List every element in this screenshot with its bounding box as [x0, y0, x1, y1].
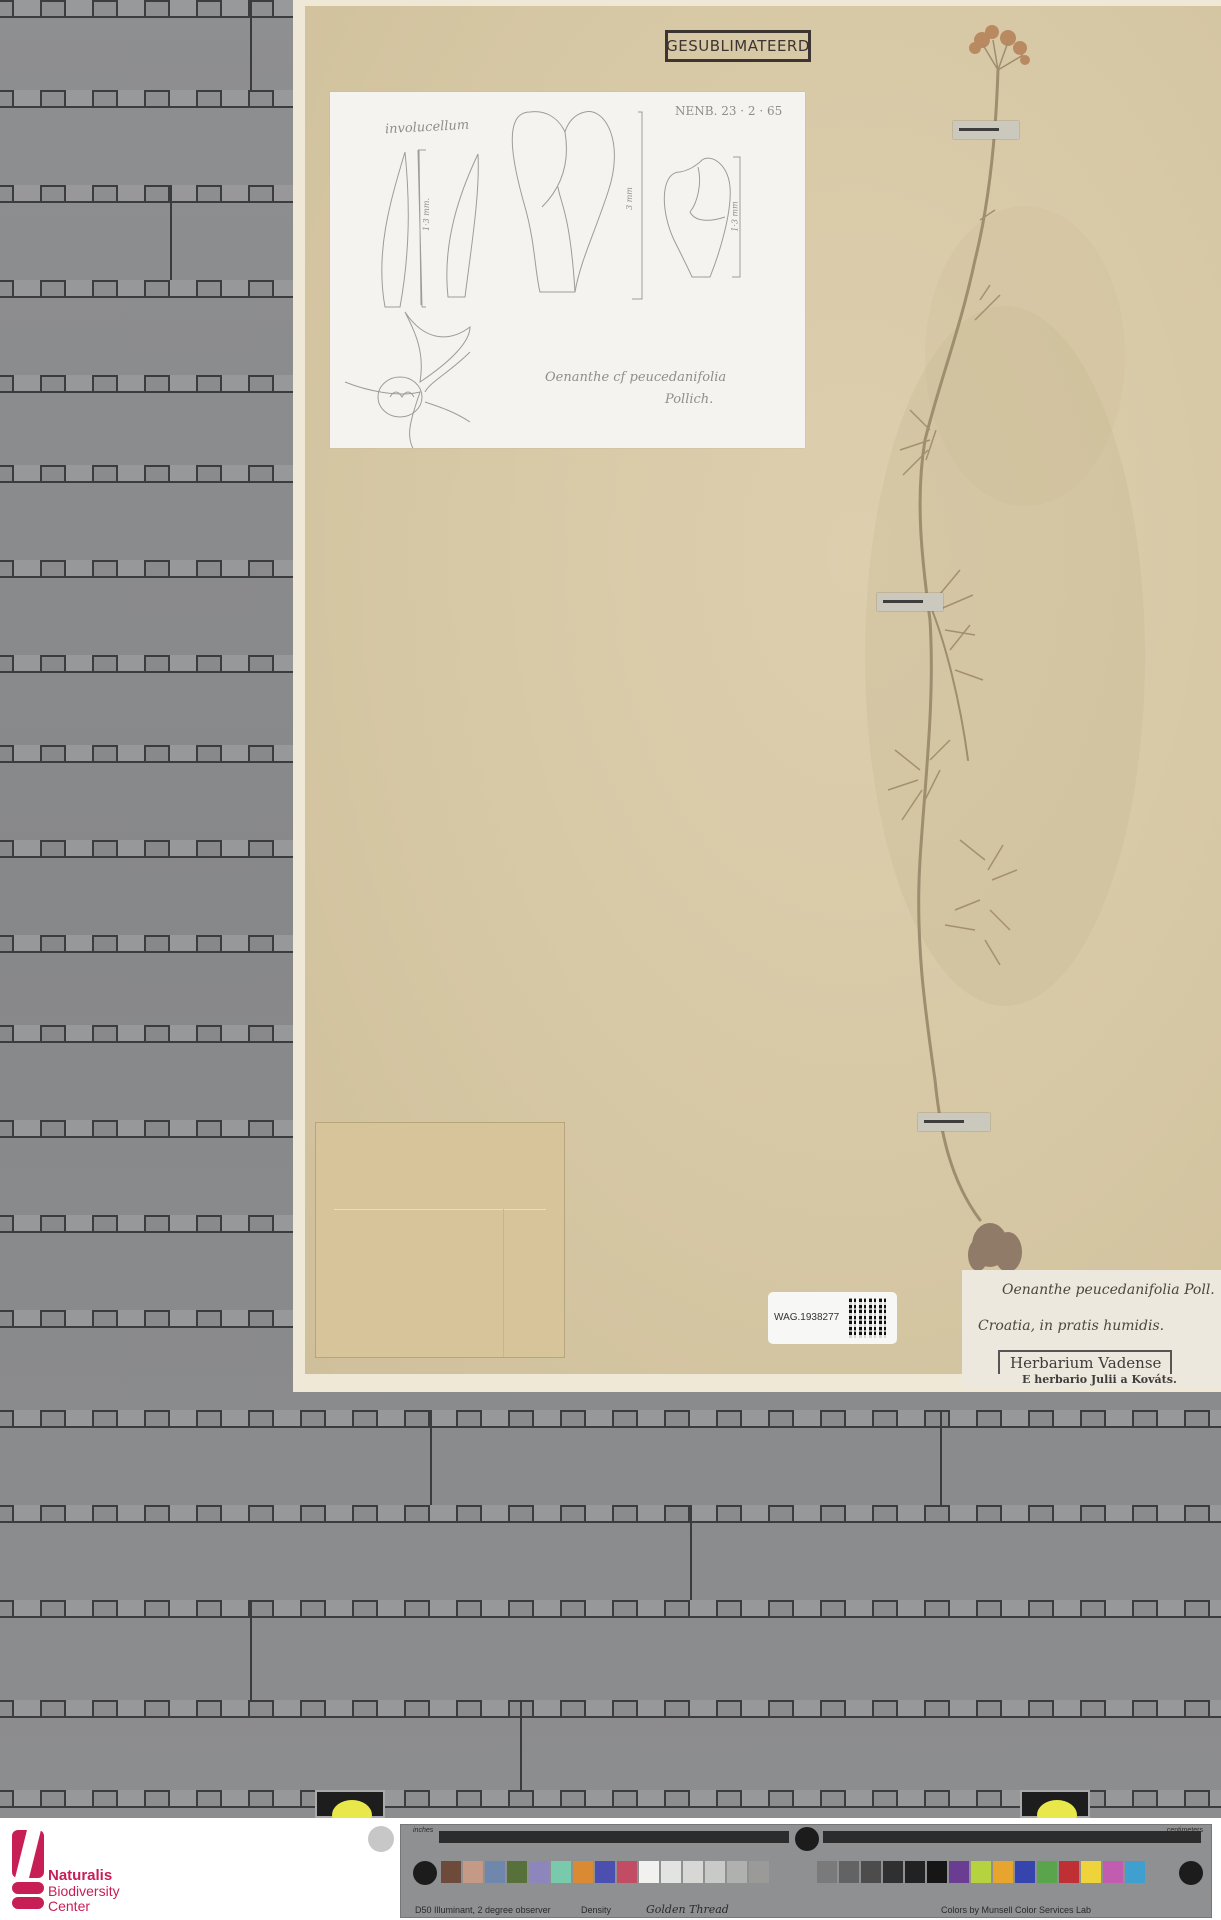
naturalis-logo: Naturalis Biodiversity Center [12, 1830, 142, 1912]
cm-ruler [823, 1831, 1201, 1843]
light-fixture-icon [315, 1790, 385, 1818]
color-patch-10 [639, 1861, 659, 1883]
color-patch-9 [617, 1861, 637, 1883]
color-patch-25 [1015, 1861, 1035, 1883]
conveyor-seam [940, 1410, 942, 1505]
color-patches [441, 1861, 1145, 1883]
conveyor-teeth-row [0, 1600, 1221, 1618]
color-patch-29 [1103, 1861, 1123, 1883]
color-patch-24 [993, 1861, 1013, 1883]
datamatrix-code-icon [849, 1298, 889, 1338]
color-patch-28 [1081, 1861, 1101, 1883]
density-label: Density [581, 1905, 611, 1915]
inch-ruler [439, 1831, 789, 1843]
fragment-envelope[interactable] [315, 1122, 565, 1358]
conveyor-seam [250, 1600, 252, 1700]
chart-hole [1179, 1861, 1203, 1885]
label-locality-handwritten: Croatia, in pratis humidis. [978, 1318, 1164, 1334]
color-patch-14 [727, 1861, 747, 1883]
herbarium-stamp-source: E herbario Julii a Kováts. [1022, 1373, 1177, 1386]
chart-hole [413, 1861, 437, 1885]
inches-label: inches [413, 1827, 433, 1834]
color-patch-7 [573, 1861, 593, 1883]
color-patch-15 [749, 1861, 769, 1883]
color-patch-22 [949, 1861, 969, 1883]
color-patch-4 [507, 1861, 527, 1883]
color-calibration-chart: inches centimeters D50 Illuminant, 2 deg… [400, 1824, 1212, 1918]
color-patch-30 [1125, 1861, 1145, 1883]
color-patch-20 [905, 1861, 925, 1883]
envelope-fold [503, 1209, 504, 1357]
color-patch-16M [817, 1861, 837, 1883]
grey-reference-dot [368, 1826, 394, 1852]
conveyor-seam [690, 1505, 692, 1600]
color-patch-26 [1037, 1861, 1057, 1883]
conveyor-teeth-row [0, 1410, 1221, 1428]
chart-hole [795, 1827, 819, 1851]
color-patch-23 [971, 1861, 991, 1883]
label-species-handwritten: Oenanthe peucedanifolia Poll. [1002, 1282, 1215, 1298]
color-patch-21 [927, 1861, 947, 1883]
illuminant-note: D50 Illuminant, 2 degree observer [415, 1905, 551, 1915]
color-patch-27 [1059, 1861, 1079, 1883]
collection-label: Oenanthe peucedanifolia Poll. Croatia, i… [962, 1270, 1221, 1388]
conveyor-seam [520, 1700, 522, 1790]
color-patch-8 [595, 1861, 615, 1883]
color-patch-5 [529, 1861, 549, 1883]
conveyor-teeth-row [0, 1505, 1221, 1523]
conveyor-teeth-row [0, 1700, 1221, 1718]
logo-subtitle-1: Biodiversity [48, 1883, 120, 1899]
color-patch-3 [485, 1861, 505, 1883]
color-patch-11A [661, 1861, 681, 1883]
logo-n-icon [12, 1830, 44, 1878]
color-patch-19 [883, 1861, 903, 1883]
munsell-credit: Colors by Munsell Color Services Lab [941, 1905, 1091, 1915]
logo-name: Naturalis [48, 1867, 112, 1884]
color-patch-18B [861, 1861, 881, 1883]
color-patch-17 [839, 1861, 859, 1883]
logo-bar-icon [12, 1897, 44, 1909]
catalog-number: WAG.1938277 [774, 1312, 839, 1323]
color-patch-13 [705, 1861, 725, 1883]
conveyor-seam [430, 1410, 432, 1505]
logo-subtitle-2: Center [48, 1898, 90, 1914]
color-patch-12 [683, 1861, 703, 1883]
logo-bar-icon [12, 1882, 44, 1894]
mounting-strap [877, 593, 943, 611]
golden-thread-brand: Golden Thread [646, 1903, 729, 1916]
color-patch-6 [551, 1861, 571, 1883]
mounting-strap [918, 1113, 990, 1131]
color-patch-2 [463, 1861, 483, 1883]
herbarium-stamp-title: Herbarium Vadense [1010, 1354, 1161, 1372]
barcode-label: WAG.1938277 [768, 1292, 897, 1344]
mounting-strap [953, 121, 1019, 139]
pressed-plant-specimen [0, 0, 1221, 1392]
envelope-flap-crease [334, 1209, 546, 1210]
color-patch-1 [441, 1861, 461, 1883]
light-fixture-icon [1020, 1790, 1090, 1818]
